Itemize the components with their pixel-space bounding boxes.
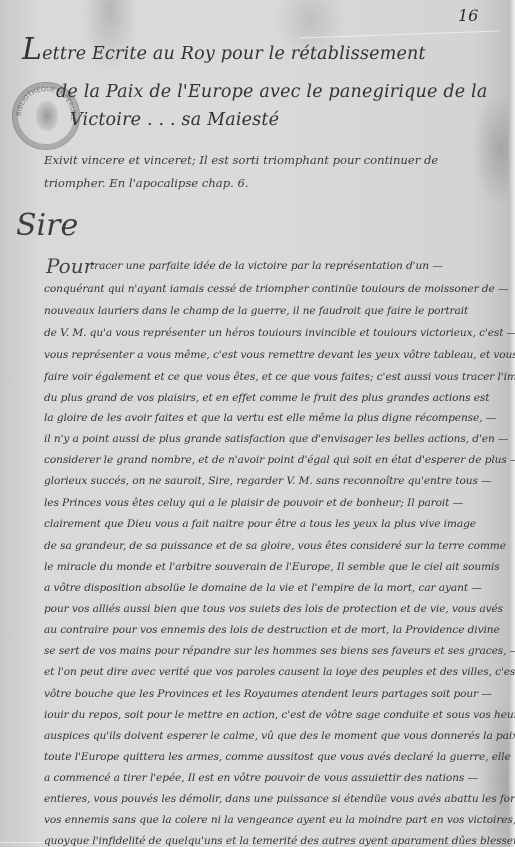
title-line: Lettre Ecrite au Roy pour le rétablissem…: [22, 32, 426, 67]
body-line: il n'y a point aussi de plus grande sati…: [44, 433, 508, 445]
body-line: considerer le grand nombre, et de n'avoi…: [44, 454, 515, 466]
epigraph-line: triompher. En l'apocalipse chap. 6.: [44, 176, 249, 190]
body-line: la gloire de les avoir faites et que la …: [44, 412, 496, 424]
body-line: tracer une parfaite idée de la victoire …: [90, 260, 443, 272]
body-first-word: Pour: [46, 254, 93, 278]
title-initial: L: [22, 32, 42, 67]
manuscript-page: 16 BIBLIOTHEQUE IMPERIALE Lettre Ecrite …: [0, 0, 515, 847]
title-line: Victoire . . . sa Maiesté: [70, 110, 279, 130]
body-line: entieres, vous pouvés les démolir, dans …: [44, 793, 515, 805]
body-line: a commencé a tirer l'epée, Il est en vôt…: [44, 772, 478, 784]
body-line: vous représenter a vous même, c'est vous…: [44, 349, 515, 361]
eagle-emblem-icon: [36, 101, 58, 131]
body-line: clairement que Dieu vous a fait naitre p…: [44, 518, 476, 530]
body-line: de V. M. qu'a vous représenter un héros …: [44, 327, 515, 339]
epigraph-line: Exivit vincere et vinceret; Il est sorti…: [44, 153, 438, 167]
body-line: le miracle du monde et l'arbitre souvera…: [44, 561, 500, 573]
body-line: a vôtre disposition absolüe le domaine d…: [44, 582, 482, 594]
title-line: de la Paix de l'Europe avec le panegiriq…: [56, 82, 488, 102]
page-number: 16: [458, 6, 478, 25]
body-line: se sert de vos mains pour répandre sur l…: [44, 645, 515, 657]
body-line: iouir du repos, soit pour le mettre en a…: [44, 709, 515, 721]
body-line: quoyque l'infidelité de quelqu'uns et la…: [44, 835, 515, 847]
body-line: glorieux succés, on ne sauroit, Sire, re…: [44, 475, 492, 487]
body-line: nouveaux lauriers dans le champ de la gu…: [44, 305, 468, 317]
salutation: Sire: [16, 208, 78, 243]
body-line: conquérant qui n'ayant iamais cessé de t…: [44, 283, 508, 295]
body-line: toute l'Europe quittera les armes, comme…: [44, 751, 511, 763]
body-line: pour vos alliés aussi bien que tous vos …: [44, 603, 503, 615]
body-line: au contraire pour vos ennemis des lois d…: [44, 624, 500, 636]
body-line: vos ennemis sans que la colere ni la ven…: [44, 814, 515, 826]
body-line: auspices qu'ils doivent esperer le calme…: [44, 730, 515, 742]
body-line: et l'on peut dire avec verité que vos pa…: [44, 666, 515, 678]
body-line: de sa grandeur, de sa puissance et de sa…: [44, 540, 506, 552]
body-line: les Princes vous êtes celuy qui a le pla…: [44, 497, 463, 509]
body-line: du plus grand de vos plaisirs, et en eff…: [44, 392, 489, 404]
body-line: vôtre bouche que les Provinces et les Ro…: [44, 688, 492, 700]
body-line: faire voir également et ce que vous êtes…: [44, 371, 515, 383]
